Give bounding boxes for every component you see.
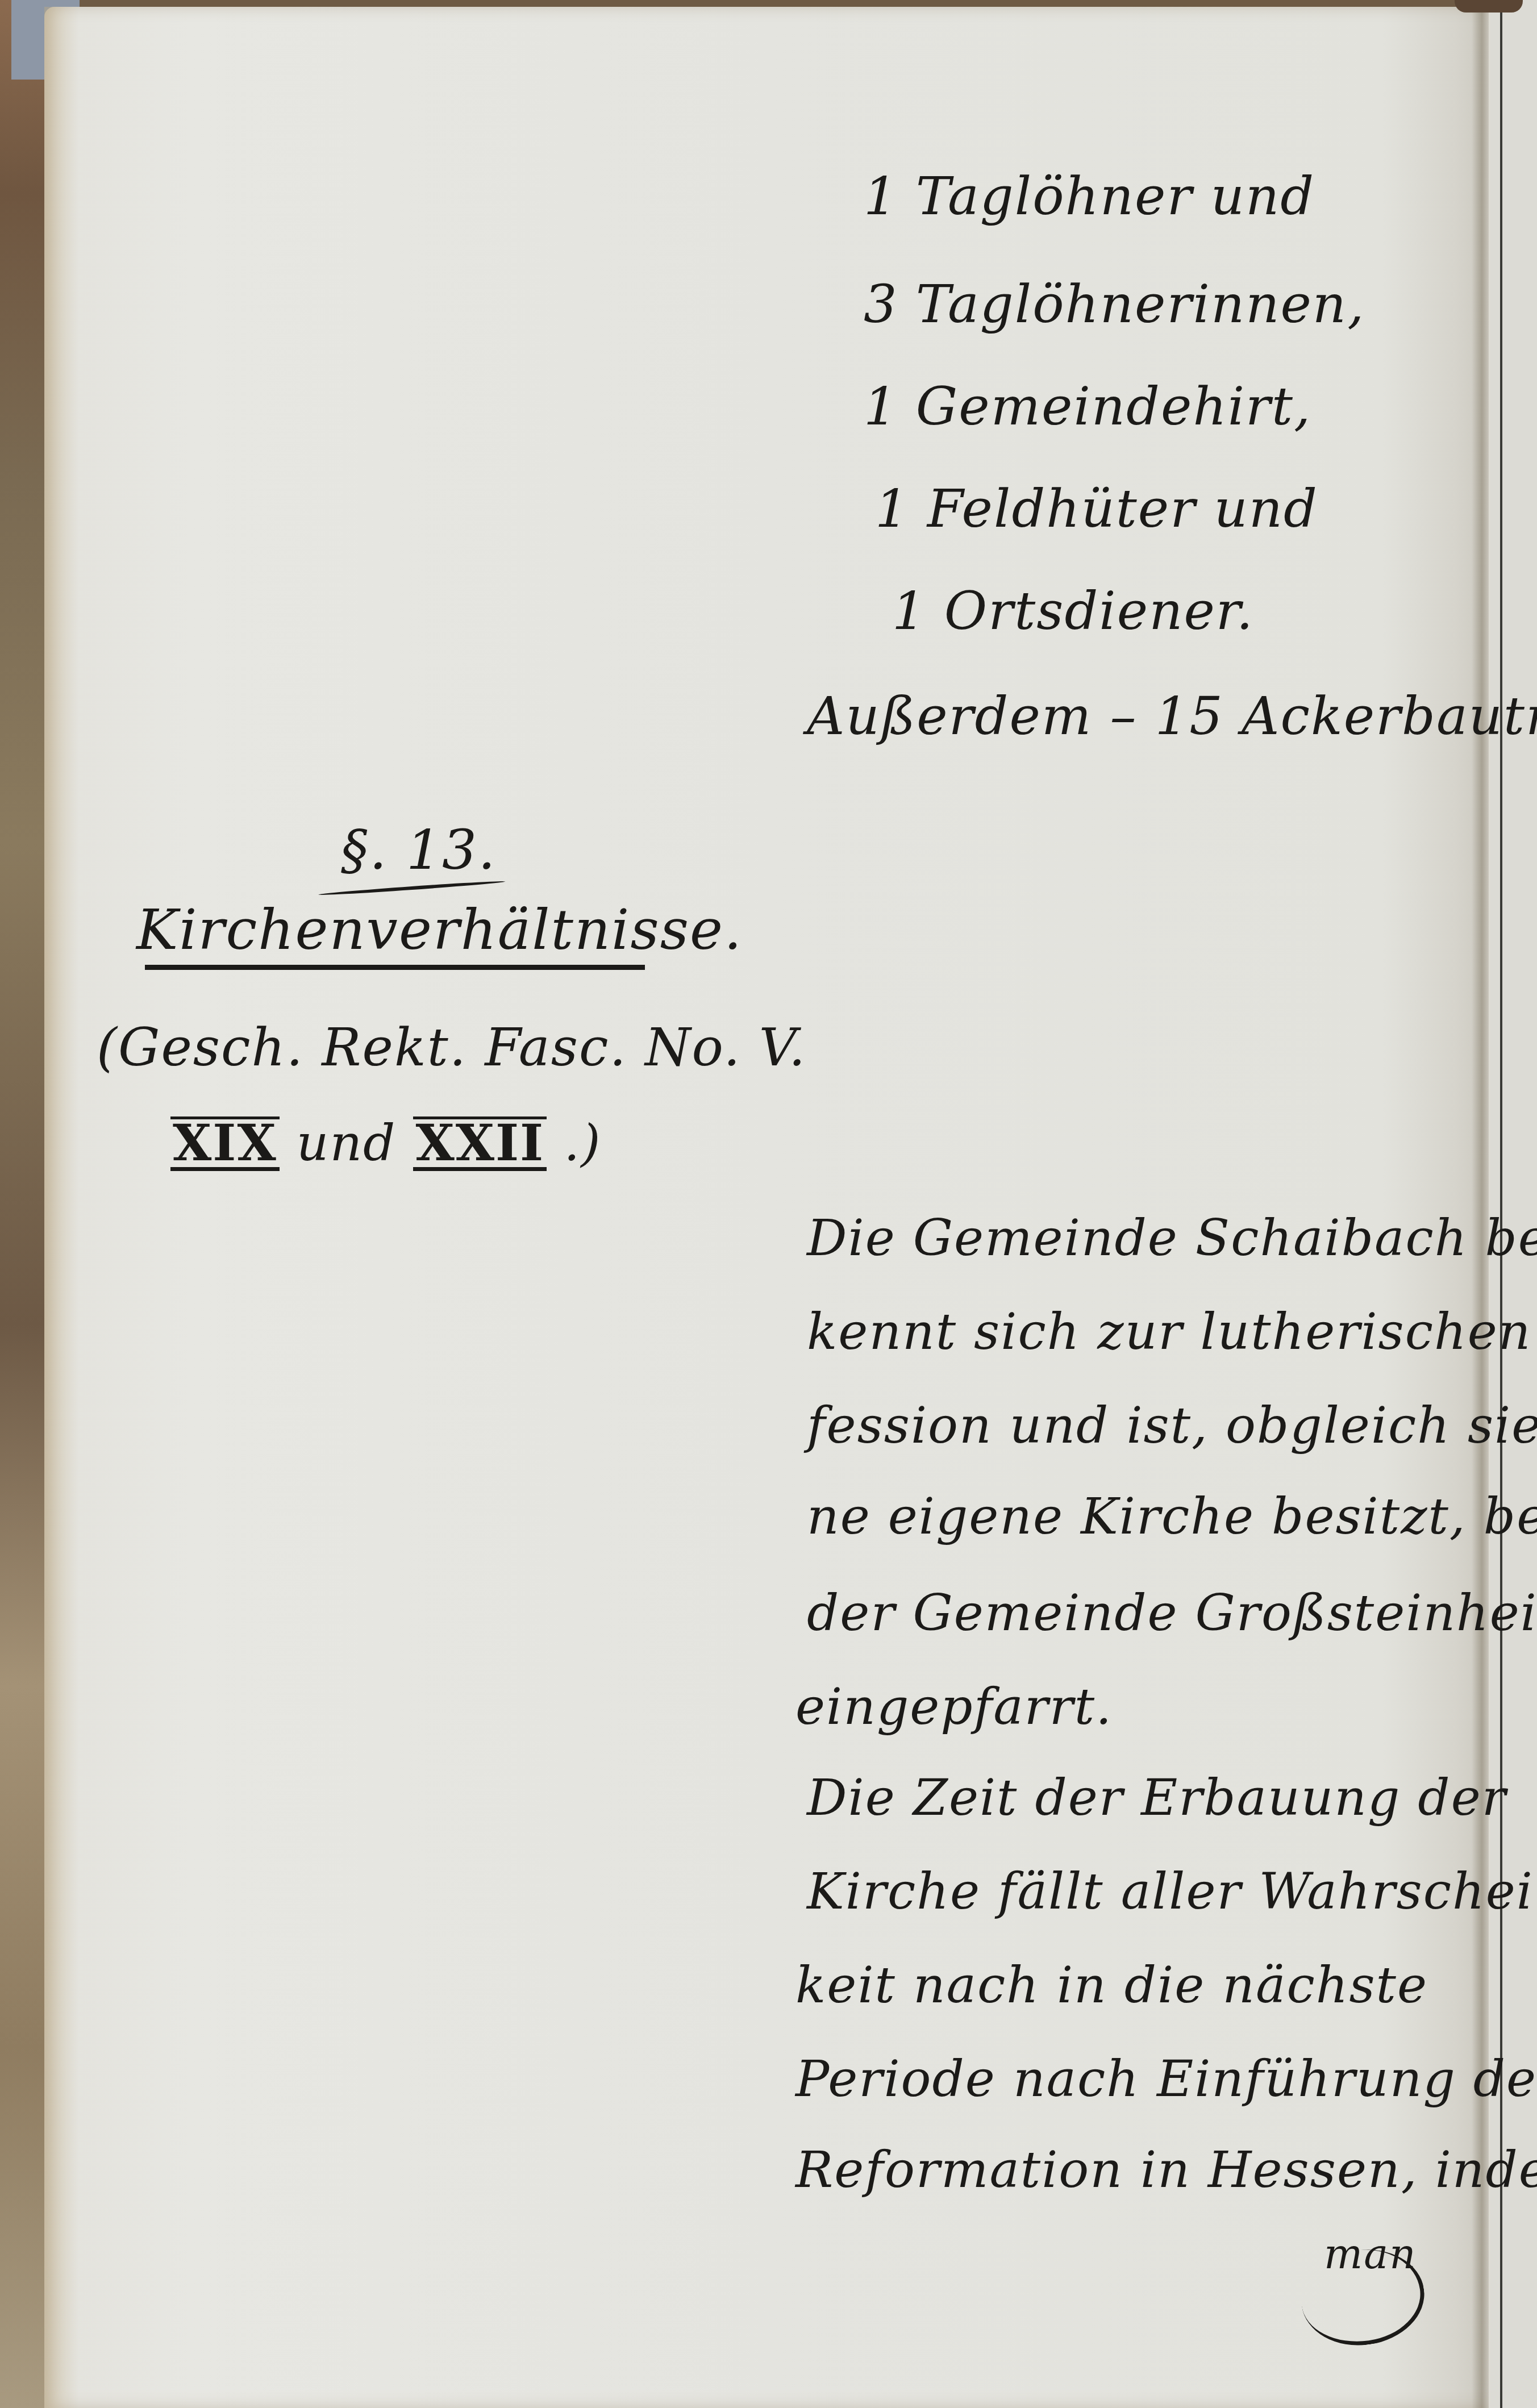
paragraph-2-line-1: Die Zeit der Erbauung der: [807, 1773, 1507, 1823]
roman-numeral-22: XXII: [413, 1116, 547, 1171]
list-text: Taglöhnerinnen,: [916, 274, 1365, 335]
section-heading: Kirchenverhältnisse.: [136, 898, 743, 963]
list-text: Taglöhner und: [916, 166, 1315, 227]
list-item-feldhueter: 1 Feldhüter und: [875, 483, 1318, 535]
paragraph-1-line-1: Die Gemeinde Schaibach be-: [807, 1213, 1537, 1263]
list-item-taglohnerinnen: 3 Taglöhnerinnen,: [864, 278, 1365, 331]
list-item-gemeindehirt: 1 Gemeindehirt,: [864, 381, 1311, 433]
heading-underline: [145, 965, 645, 970]
list-count: 3: [864, 274, 898, 335]
paragraph-1-line-2: kennt sich zur lutherischen Con-: [807, 1307, 1537, 1357]
reference-conjunction: und: [297, 1114, 397, 1172]
list-count: 1: [892, 581, 927, 641]
adjacent-page-edge: [1489, 0, 1537, 2408]
paragraph-1-line-6: eingepfarrt.: [795, 1682, 1113, 1732]
paragraph-1-line-3: fession und ist, obgleich sie ei-: [807, 1401, 1537, 1451]
reference-end: .): [564, 1114, 601, 1172]
page-edge-stain: [44, 7, 78, 2408]
roman-numeral-19: XIX: [170, 1116, 280, 1171]
paragraph-1-line-5: der Gemeinde Großsteinheim: [807, 1588, 1537, 1638]
paragraph-2-line-3: keit nach in die nächste: [795, 1960, 1428, 2010]
paragraph-2-line-4: Periode nach Einführung der: [795, 2054, 1537, 2104]
list-item-taglohner: 1 Taglöhner und: [864, 170, 1315, 223]
page-gutter-shadow: [1472, 0, 1489, 2408]
list-text: Gemeindehirt,: [916, 376, 1312, 437]
paragraph-2-line-2: Kirche fällt aller Wahrscheinlich-: [807, 1867, 1537, 1917]
torn-top-edge: [1455, 0, 1523, 13]
reference-line-2: XIX und XXII .): [170, 1114, 602, 1172]
list-text: Ortsdiener.: [944, 581, 1254, 641]
list-item-ortsdiener: 1 Ortsdiener.: [892, 585, 1254, 638]
list-count: 1: [864, 166, 898, 227]
list-count: 1: [875, 478, 910, 539]
reference-line-1: (Gesch. Rekt. Fasc. No. V.: [97, 1017, 806, 1078]
list-count: 1: [864, 376, 898, 437]
paragraph-1-line-4: ne eigene Kirche besitzt, bei: [807, 1492, 1537, 1542]
summary-line: Außerdem – 15 Ackerbautreibe: [807, 690, 1537, 743]
paragraph-2-line-5: Reformation in Hessen, indem: [795, 2145, 1537, 2195]
list-text: Feldhüter und: [927, 478, 1318, 539]
manuscript-page: [44, 7, 1499, 2408]
section-number: §. 13.: [341, 818, 497, 882]
